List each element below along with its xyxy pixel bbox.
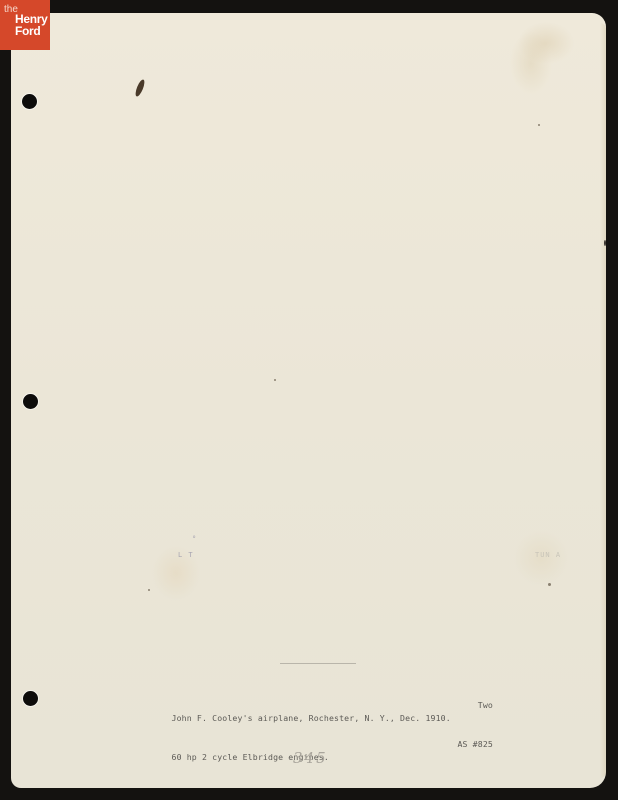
henry-ford-logo[interactable]: the Henry Ford bbox=[0, 0, 50, 50]
paper-speck bbox=[548, 583, 551, 586]
caption-line-1: John F. Cooley's airplane, Rochester, N.… bbox=[141, 699, 493, 712]
caption-line-1-text: John F. Cooley's airplane, Rochester, N.… bbox=[171, 713, 450, 723]
archival-sheet bbox=[11, 13, 606, 788]
faint-stamp-right: TUN A bbox=[535, 551, 561, 559]
handwritten-page-number: 345 bbox=[293, 749, 328, 767]
punch-hole-bottom bbox=[23, 691, 38, 706]
paper-speck bbox=[538, 124, 540, 126]
faint-stamp-left: L T bbox=[178, 551, 194, 559]
caption-line-1-right: Two bbox=[478, 699, 493, 712]
paper-speck bbox=[274, 379, 276, 381]
punch-hole-middle bbox=[23, 394, 38, 409]
accession-number: AS #825 bbox=[457, 738, 493, 751]
paper-speck bbox=[604, 240, 606, 246]
scanned-document-viewer: the Henry Ford ° L T TUN A John F. Coole… bbox=[0, 0, 618, 800]
logo-ford: Ford bbox=[4, 25, 50, 37]
caption-rule bbox=[280, 663, 356, 664]
punch-hole-top bbox=[22, 94, 37, 109]
faint-stamp-mark: ° bbox=[192, 535, 197, 543]
paper-speck bbox=[148, 589, 150, 591]
